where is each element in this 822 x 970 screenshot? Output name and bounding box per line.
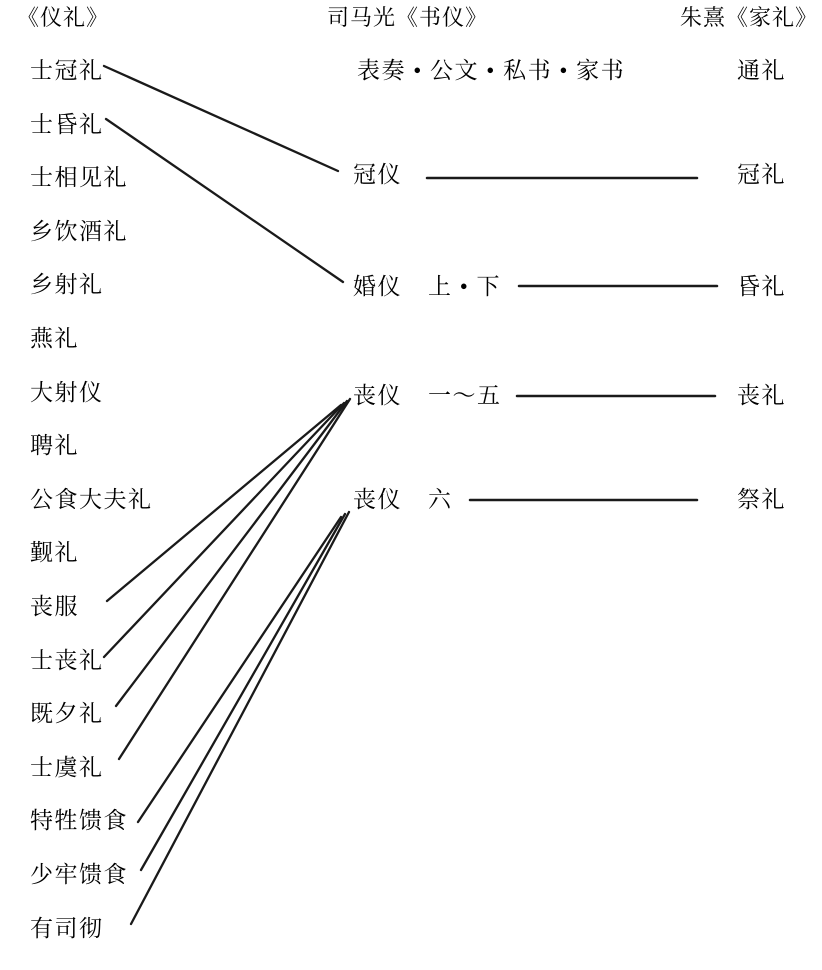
yili-item: 觐礼: [30, 538, 79, 568]
yili-item: 大射仪: [30, 378, 104, 408]
yili-item: 有司彻: [30, 914, 104, 944]
jiali-item: 丧礼: [737, 381, 786, 411]
diagonal-connector-line: [104, 66, 338, 171]
column-header-shuyi: 司马光《书仪》: [327, 4, 488, 32]
shuyi-row-sub-label: 六: [428, 485, 453, 515]
yili-item: 丧服: [30, 592, 79, 622]
shuyi-row-label: 丧仪: [353, 485, 402, 515]
jiali-item: 昏礼: [737, 272, 786, 302]
yili-item: 士昏礼: [30, 110, 104, 140]
diagonal-connector-line: [104, 403, 344, 657]
shuyi-row-label: 冠仪: [353, 160, 402, 190]
jiali-item: 通礼: [737, 56, 786, 86]
yili-item: 乡射礼: [30, 270, 104, 300]
shuyi-row-sub-label: 一～五: [428, 381, 502, 411]
shuyi-row-label: 丧仪: [353, 381, 402, 411]
yili-item: 少牢馈食: [30, 860, 128, 890]
yili-item: 聘礼: [30, 431, 79, 461]
yili-item: 乡饮酒礼: [30, 217, 128, 247]
yili-item: 公食大夫礼: [30, 485, 153, 515]
yili-item: 特牲馈食: [30, 806, 128, 836]
diagonal-connector-line: [131, 512, 349, 924]
diagonal-connector-line: [106, 119, 343, 282]
yili-item: 燕礼: [30, 324, 79, 354]
shuyi-row-sub-label: 上 • 下: [428, 272, 501, 302]
column-header-yili: 《仪礼》: [17, 4, 109, 32]
shuyi-row-label: 表奏 • 公文 • 私书 • 家书: [357, 56, 625, 86]
jiali-item: 冠礼: [737, 160, 786, 190]
jiali-item: 祭礼: [737, 485, 786, 515]
yili-item: 士相见礼: [30, 163, 128, 193]
yili-item: 既夕礼: [30, 699, 104, 729]
diagonal-connector-line: [116, 401, 347, 706]
diagonal-connector-line: [138, 517, 341, 822]
ritual-texts-mapping-diagram: 《仪礼》 司马光《书仪》 朱熹《家礼》 士冠礼士昏礼士相见礼乡饮酒礼乡射礼燕礼大…: [0, 0, 822, 970]
yili-item: 士丧礼: [30, 646, 104, 676]
yili-item: 士冠礼: [30, 56, 104, 86]
shuyi-row-label: 婚仪: [353, 272, 402, 302]
column-header-jiali: 朱熹《家礼》: [680, 4, 818, 32]
yili-item: 士虞礼: [30, 753, 104, 783]
